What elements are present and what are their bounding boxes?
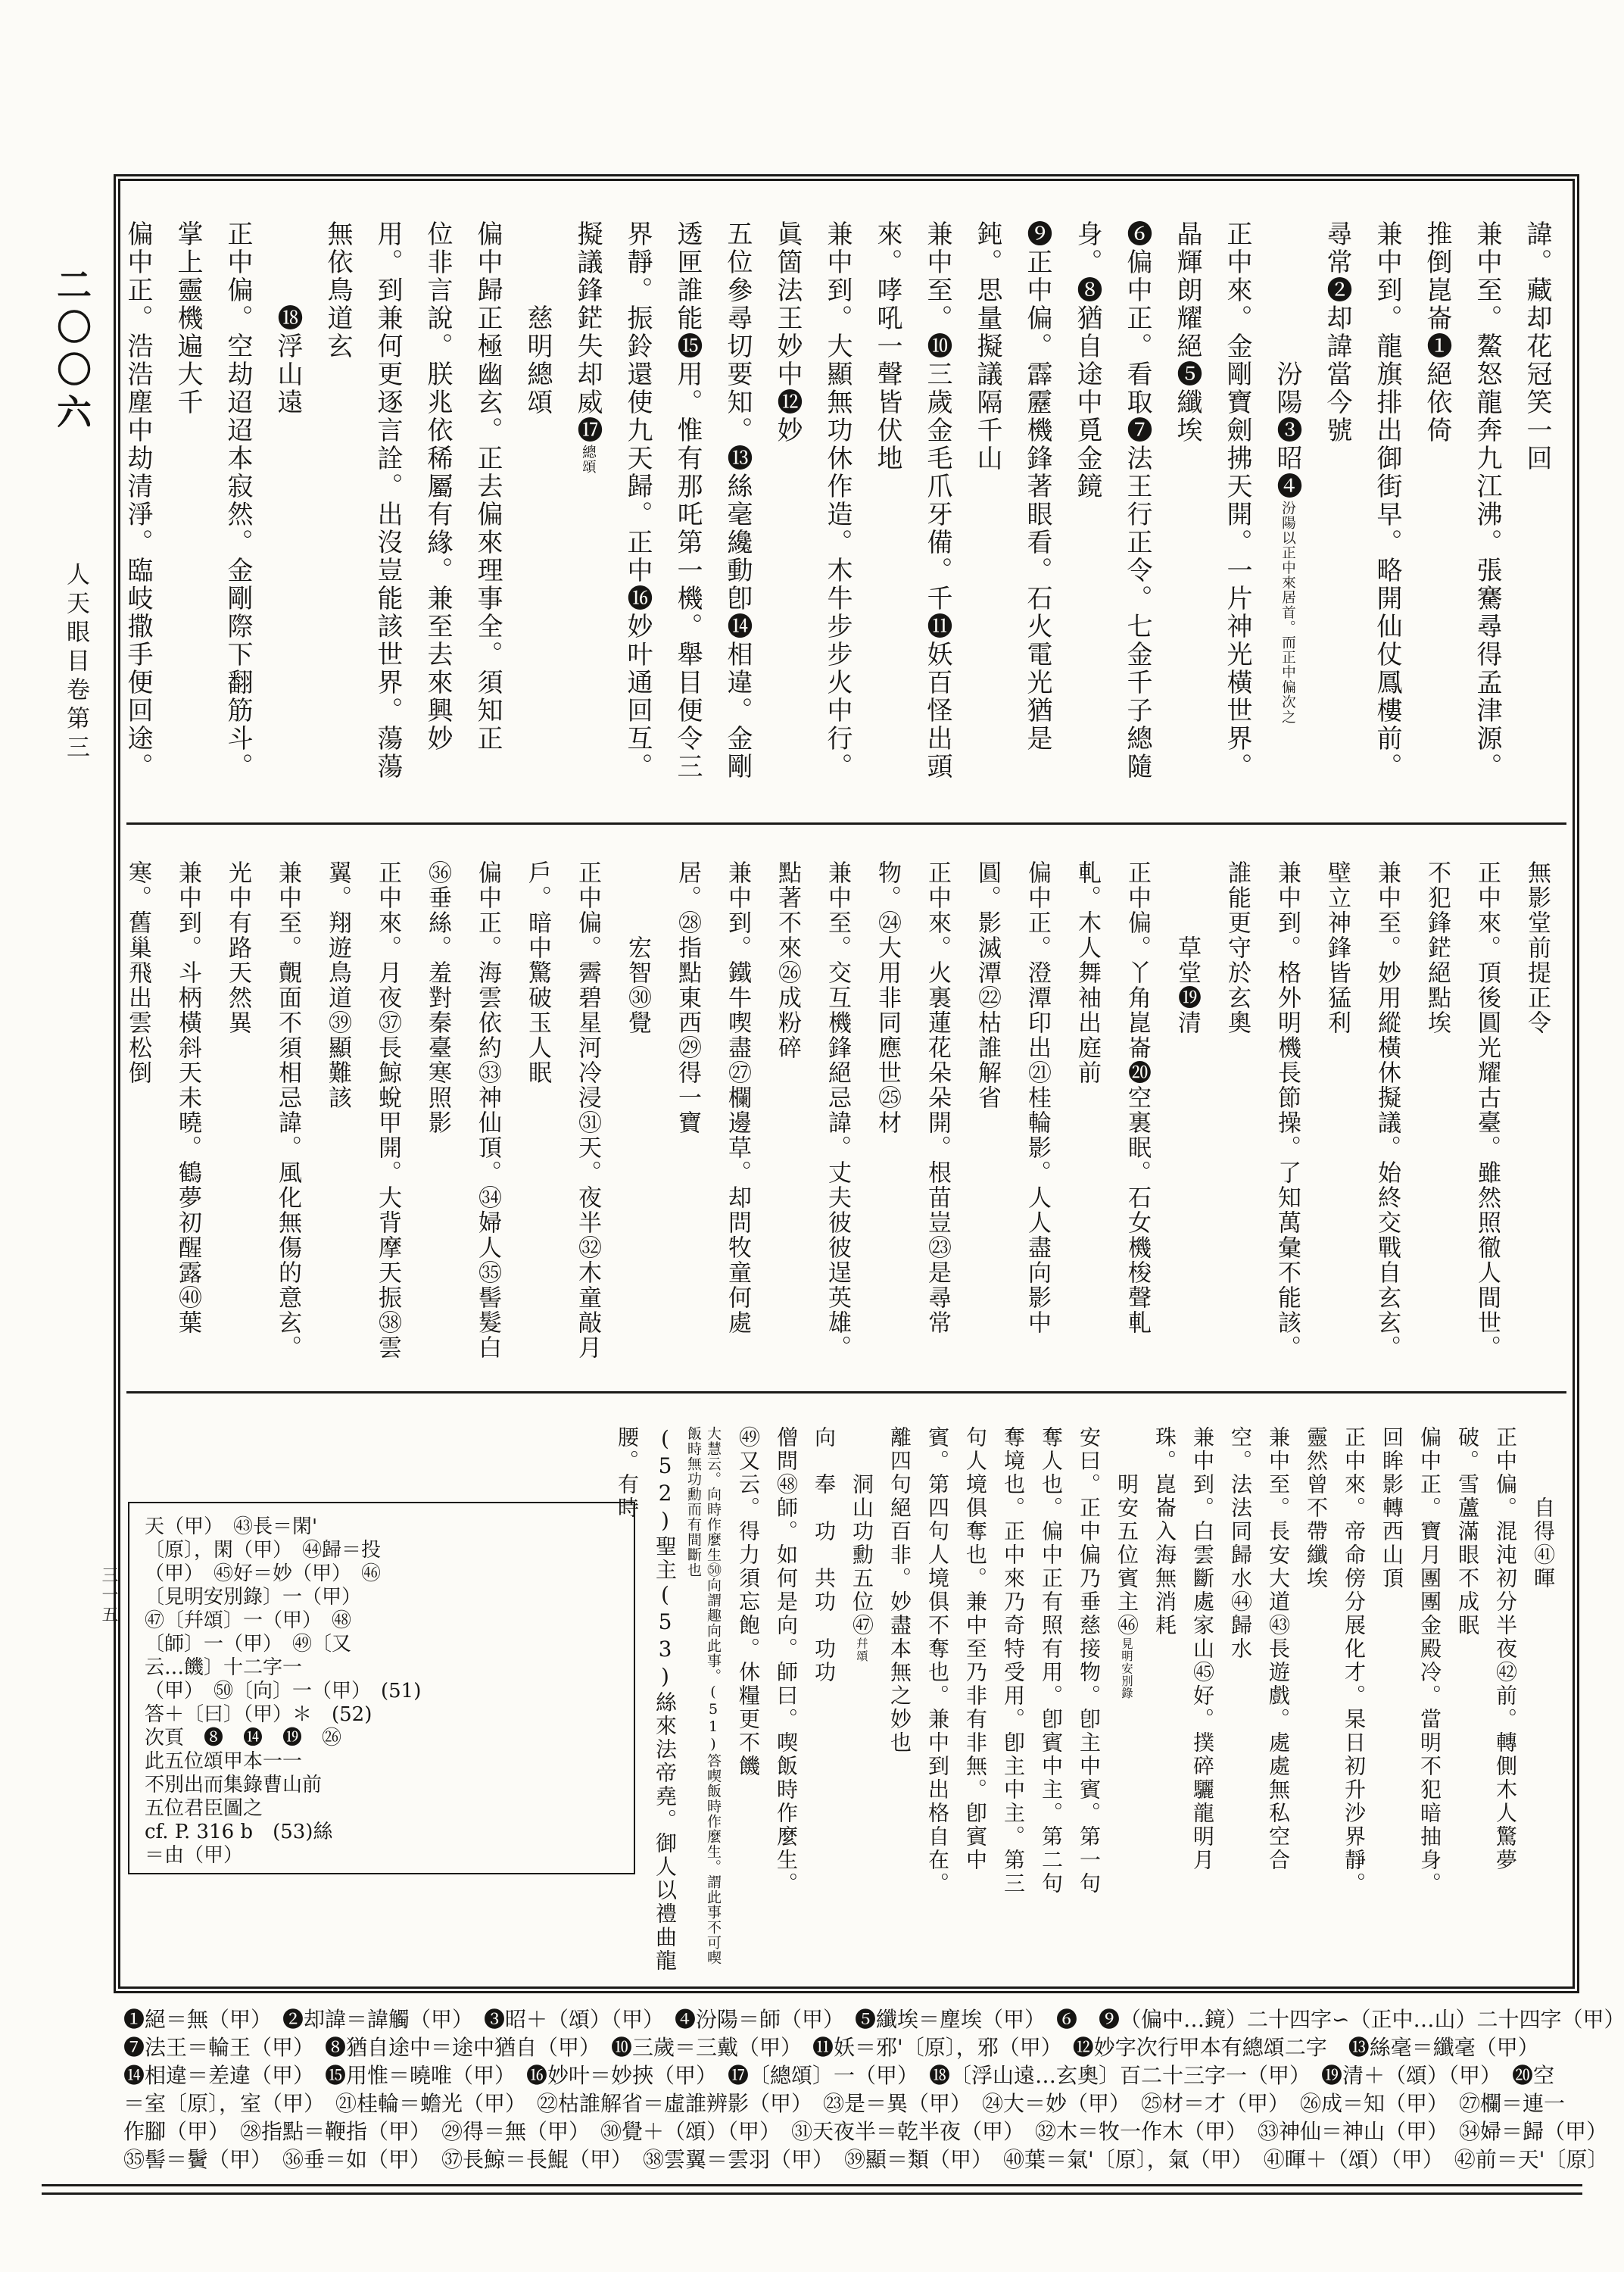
column-text: 洞山功勳五位㊼ — [849, 1426, 874, 1637]
text-column: 無依鳥道玄 — [313, 220, 363, 812]
column-text: 奪境也。正中來乃奇特受用。卽主中主。第三 — [1001, 1426, 1026, 1896]
column-text: 向 奉 功 共功 功功 — [812, 1426, 837, 1684]
column-text: 尋常❷却諱當今號 — [1322, 220, 1352, 445]
column-text: 正中偏。空劫迢迢本寂然。金剛際下翻筋斗。 — [223, 220, 253, 781]
column-text: 偏中正。浩浩塵中劫清淨。臨岐撒手便回途。 — [126, 220, 153, 781]
column-text: 大慧云。向時作麼生㊿向謂趣向此事。(51)答喫飯時作麼生。謂此事不可喫飯時無功勳… — [685, 1426, 722, 1965]
column-text: 兼中至。鰲怒龍奔九江沸。張騫尋得孟津源。 — [1472, 220, 1502, 781]
text-column: ❾正中偏。霹靂機鋒著眼看。石火電光猶是 — [1012, 220, 1062, 812]
column-text: 用。到兼何更逐言詮。出沒豈能該世界。蕩蕩 — [372, 220, 403, 781]
column-text: 正中來。月夜㊲長鯨蛻甲開。大背摩天振㊳雲 — [374, 860, 401, 1360]
text-column: 正中偏。空劫迢迢本寂然。金剛際下翻筋斗。 — [213, 220, 263, 812]
text-column: 居。㉘指點東西㉙得一寶 — [662, 860, 712, 1382]
text-column: 正中來。火裏蓮花朵朵開。根苗豈㉓是尋常 — [912, 860, 962, 1382]
text-column: 正中來。月夜㊲長鯨蛻甲開。大背摩天振㊳雲 — [363, 860, 413, 1382]
apparatus-row: 〔師〕一（甲） ㊾〔又 — [145, 1633, 619, 1656]
column-text: 偏中歸正極幽玄。正去偏來理事全。須知正 — [472, 220, 503, 753]
text-column: 尋常❷却諱當今號 — [1312, 220, 1362, 812]
text-column: 透匣誰能⓯用。惟有那吒第一機。舉目便令三 — [662, 220, 712, 812]
text-column: 偏中歸正極幽玄。正去偏來理事全。須知正 — [463, 220, 513, 812]
column-text: 珠。崑崙入海無消耗 — [1152, 1426, 1177, 1637]
text-column: 靈然曾不帶纖埃 — [1297, 1426, 1335, 1977]
text-column: 兼中至。交互機鋒絕忌諱。丈夫彼彼逞英雄。 — [812, 860, 862, 1382]
column-inline-note: 幷頌 — [855, 1637, 868, 1662]
apparatus-row: 云…饑〕十二字一 — [145, 1656, 619, 1680]
text-column: 推倒崑崙❶絕依倚 — [1412, 220, 1462, 812]
apparatus-row: ❼法王＝輪王（甲） ❽猶自途中＝途中猶自（甲） ❿三歲＝三戴（甲） ⓫妖＝邪'〔… — [123, 2033, 1581, 2061]
column-text: 物。㉔大用非同應世㉕材 — [874, 860, 901, 1135]
column-text: 兼中至。妙用縱橫休擬議。始終交戰自玄玄。 — [1373, 860, 1401, 1360]
column-text: 鈍。思量擬議隔千山 — [972, 220, 1002, 473]
column-text: 偏中正。海雲依約㉝神仙頂。㉞婦人㉟髻髮白 — [474, 860, 501, 1360]
text-column: 無影堂前提正令 — [1512, 860, 1562, 1382]
column-text: 擬議鋒鋩失却威⓱ — [572, 220, 603, 445]
text-column: 兼中至。鰲怒龍奔九江沸。張騫尋得孟津源。 — [1462, 220, 1512, 812]
scanned-page: 二〇〇六 人天眼目卷第三 三一五 諱。藏却花冠笑一回兼中至。鰲怒龍奔九江沸。張騫… — [0, 0, 1624, 2272]
column-text: 光中有路天然異 — [224, 860, 251, 1035]
text-column: 軋。木人舞袖出庭前 — [1062, 860, 1112, 1382]
apparatus-row: ❶絕＝無（甲） ❷却諱＝諱觸（甲） ❸昭＋（頌）（甲） ❹汾陽＝師（甲） ❺纖埃… — [123, 2005, 1581, 2033]
volume-title: 人天眼目卷第三 — [59, 562, 93, 763]
text-column: 偏中正。澄潭印出㉑桂輪影。人人盡向影中 — [1012, 860, 1062, 1382]
text-column: 離四句絕百非。妙盡本無之妙也 — [881, 1426, 918, 1977]
text-column: 洞山功勳五位㊼幷頌 — [843, 1426, 881, 1977]
text-column: 點著不來㉖成粉碎 — [762, 860, 812, 1382]
column-text: 誰能更守於玄奧 — [1223, 860, 1251, 1035]
column-text: 靈然曾不帶纖埃 — [1304, 1426, 1329, 1590]
text-column: 僧問㊽師。如何是向。師曰。喫飯時作麼生。 — [767, 1426, 805, 1977]
variant-note-box: 天（甲） ㊸長＝閑'〔原〕，閑（甲） ㊹歸＝投（甲） ㊺好＝妙（甲） ㊻〔見明安… — [128, 1502, 635, 1874]
column-text: ㊱垂絲。羞對秦臺寒照影 — [424, 860, 451, 1135]
column-text: 安曰。正中偏乃垂慈接物。卽主中賓。第一句 — [1077, 1426, 1102, 1896]
column-text: 僧問㊽師。如何是向。師曰。喫飯時作麼生。 — [774, 1426, 799, 1896]
apparatus-row: ㊼〔幷頌〕一（甲） ㊽ — [145, 1609, 619, 1633]
column-text: 破。雪蘆滿眼不成眠 — [1455, 1426, 1480, 1637]
text-column: 壁立神鋒皆猛利 — [1312, 860, 1362, 1382]
text-column: 鈍。思量擬議隔千山 — [962, 220, 1012, 812]
text-column: 兼中至。長安大道㊸長遊戲。處處無私空合 — [1259, 1426, 1297, 1977]
apparatus-row: 〔見明安別錄〕一（甲） — [145, 1586, 619, 1609]
taisho-page-number: 二〇〇六 — [47, 267, 97, 436]
bottom-rule — [42, 2184, 1582, 2195]
column-text: 明安五位賓主㊻ — [1114, 1426, 1139, 1637]
text-column: 五位參尋切要知。⓭絲毫纔動卽⓮相違。金剛 — [712, 220, 762, 812]
column-text: 回眸影轉西山頂 — [1379, 1426, 1404, 1590]
text-column: 兼中到。斗柄橫斜天未曉。鶴夢初醒露㊵葉 — [163, 860, 213, 1382]
text-column: ㊱垂絲。羞對秦臺寒照影 — [413, 860, 463, 1382]
text-column: 兼中至。妙用縱橫休擬議。始終交戰自玄玄。 — [1362, 860, 1412, 1382]
column-text: 兼中至。❿三歲金毛爪牙備。千⓫妖百怪出頭 — [922, 220, 952, 781]
column-text: 身。❽猶自途中覓金鏡 — [1072, 220, 1102, 501]
verse-band-2: 無影堂前提正令正中來。頂後圓光耀古臺。雖然照徹人間世。不犯鋒鋩絕點埃兼中至。妙用… — [126, 827, 1566, 1393]
column-text: 壁立神鋒皆猛利 — [1323, 860, 1351, 1035]
column-inline-note: 汾陽以正中來居首。而正中偏次之 — [1280, 501, 1295, 725]
column-text: 諱。藏却花冠笑一回 — [1522, 220, 1552, 473]
column-text: ㊾又云。得力須忘飽。休糧更不饑 — [736, 1426, 761, 1778]
apparatus-row: 此五位頌甲本一一 — [145, 1750, 619, 1774]
apparatus-row: 作腳（甲） ㉘指點＝鞭指（甲） ㉙得＝無（甲） ㉚覺＋（頌）（甲） ㉛天夜半＝乾… — [123, 2118, 1581, 2146]
column-text: 兼中至。覿面不須相忌諱。風化無傷的意玄。 — [274, 860, 301, 1360]
column-text: 空。法法同歸水㊹歸水 — [1228, 1426, 1253, 1661]
text-column: ⓲浮山遠 — [263, 220, 313, 812]
column-text: ⓲浮山遠 — [273, 220, 303, 417]
column-text: 正中來。帝命傍分展化才。杲日初升沙界靜。 — [1342, 1426, 1367, 1896]
column-text: 無依鳥道玄 — [323, 220, 353, 360]
column-text: 圓。影滅潭㉒枯誰解省 — [974, 860, 1001, 1110]
column-text: 晶輝朗耀絕❺纖埃 — [1172, 220, 1202, 445]
text-column: ㊾又云。得力須忘飽。休糧更不饑 — [729, 1426, 767, 1977]
apparatus-row: ＝由（甲） — [145, 1844, 619, 1868]
text-column: 界靜。振鈴還使九天歸。正中⓰妙叶通回互。 — [613, 220, 662, 812]
column-text: 透匣誰能⓯用。惟有那吒第一機。舉目便令三 — [672, 220, 703, 781]
text-column: 兼中到。大顯無功休作造。木牛步步火中行。 — [812, 220, 862, 812]
critical-apparatus: ❶絕＝無（甲） ❷却諱＝諱觸（甲） ❸昭＋（頌）（甲） ❹汾陽＝師（甲） ❺纖埃… — [123, 2005, 1581, 2174]
apparatus-row: cf. P. 316 b (53)絲 — [145, 1821, 619, 1844]
text-column: 正中偏。霽碧星河冷浸㉛天。夜半㉜木童敲月 — [563, 860, 613, 1382]
text-column: 正中來。金剛寶劍拂天開。一片神光橫世界。 — [1212, 220, 1262, 812]
text-column: 珠。崑崙入海無消耗 — [1146, 1426, 1183, 1977]
column-text: 正中來。頂後圓光耀古臺。雖然照徹人間世。 — [1473, 860, 1501, 1360]
column-text: ❾正中偏。霹靂機鋒著眼看。石火電光猶是 — [1022, 220, 1052, 753]
text-column: 戶。暗中驚破玉人眠 — [513, 860, 563, 1382]
column-text: 正中偏。混沌初分半夜㊷前。轉側木人驚夢 — [1493, 1426, 1518, 1872]
apparatus-row: 答＋〔曰〕（甲）＊ (52) — [145, 1703, 619, 1727]
text-column: 位非言說。朕兆依稀屬有緣。兼至去來興妙 — [413, 220, 463, 812]
text-column: 向 奉 功 共功 功功 — [805, 1426, 843, 1977]
column-text: 汾陽❸昭❹ — [1272, 220, 1302, 501]
column-text: ❻偏中正。看取❼法王行正令。七金千子總隨 — [1122, 220, 1152, 781]
column-text: 正中來。金剛寶劍拂天開。一片神光橫世界。 — [1222, 220, 1252, 781]
text-column: 身。❽猶自途中覓金鏡 — [1062, 220, 1112, 812]
column-inline-note: 總頌 — [580, 445, 596, 474]
column-text: 慈明總頌 — [522, 220, 553, 417]
apparatus-row: 〔原〕，閑（甲） ㊹歸＝投 — [145, 1539, 619, 1562]
text-column: 明安五位賓主㊻見明安別錄 — [1108, 1426, 1146, 1977]
apparatus-row: ＝室〔原〕，室（甲） ㉑桂輪＝蟾光（甲） ㉒枯誰解省＝虛誰辨影（甲） ㉓是＝異（… — [123, 2089, 1581, 2118]
text-column: 偏中正。寶月團團金殿冷。當明不犯暗抽身。 — [1410, 1426, 1448, 1977]
text-column: 奪人也。偏中正有照有用。卽賓中主。第二句 — [1032, 1426, 1070, 1977]
column-text: 軋。木人舞袖出庭前 — [1074, 860, 1101, 1085]
column-text: 正中偏。丫角崑崙⓴空裏眠。石女機梭聲軋 — [1124, 860, 1151, 1335]
text-column: 光中有路天然異 — [213, 860, 263, 1382]
text-column: 句人境俱奪也。兼中至乃非有非無。卽賓中 — [956, 1426, 994, 1977]
text-column: 正中偏。丫角崑崙⓴空裏眠。石女機梭聲軋 — [1112, 860, 1162, 1382]
column-text: 寒。舊巢飛出雲松倒 — [126, 860, 151, 1085]
column-text: 偏中正。澄潭印出㉑桂輪影。人人盡向影中 — [1024, 860, 1051, 1335]
column-text: 奪人也。偏中正有照有用。卽賓中主。第二句 — [1039, 1426, 1064, 1896]
column-text: 無影堂前提正令 — [1523, 860, 1551, 1035]
column-text: 正中來。火裏蓮花朵朵開。根苗豈㉓是尋常 — [924, 860, 951, 1335]
text-column: 物。㉔大用非同應世㉕材 — [862, 860, 912, 1382]
column-text: 不犯鋒鋩絕點埃 — [1423, 860, 1451, 1035]
column-text: 兼中到。白雲斷處家山㊺好。撲碎驪龍明月 — [1190, 1426, 1215, 1872]
column-text: 自得㊶暉 — [1531, 1426, 1556, 1590]
text-column: 寒。舊巢飛出雲松倒 — [126, 860, 163, 1382]
column-text: 戶。暗中驚破玉人眠 — [524, 860, 551, 1085]
column-text: 兼中到。龍旗排出御街早。略開仙仗鳳樓前。 — [1372, 220, 1402, 781]
column-text: 點著不來㉖成粉碎 — [774, 860, 801, 1060]
column-text: 宏智㉚覺 — [624, 860, 651, 1035]
column-inline-note: 見明安別錄 — [1120, 1637, 1133, 1699]
column-text: 兼中至。長安大道㊸長遊戲。處處無私空合 — [1266, 1426, 1291, 1872]
text-column: 回眸影轉西山頂 — [1373, 1426, 1410, 1977]
text-column: 偏中正。浩浩塵中劫清淨。臨岐撒手便回途。 — [126, 220, 163, 812]
apparatus-row: 天（甲） ㊸長＝閑' — [145, 1515, 619, 1539]
column-text: 界靜。振鈴還使九天歸。正中⓰妙叶通回互。 — [622, 220, 653, 781]
text-column: 用。到兼何更逐言詮。出沒豈能該世界。蕩蕩 — [363, 220, 413, 812]
text-column: 慈明總頌 — [513, 220, 563, 812]
apparatus-row: ⓮相違＝差違（甲） ⓯用惟＝曉唯（甲） ⓰妙叶＝妙挾（甲） ⓱〔總頌〕一（甲） … — [123, 2061, 1581, 2089]
column-text: 兼中到。大顯無功休作造。木牛步步火中行。 — [822, 220, 853, 781]
page-frame: 諱。藏却花冠笑一回兼中至。鰲怒龍奔九江沸。張騫尋得孟津源。推倒崑崙❶絕依倚兼中到… — [114, 174, 1579, 1993]
text-column: 正中偏。混沌初分半夜㊷前。轉側木人驚夢 — [1486, 1426, 1524, 1977]
text-column: ❻偏中正。看取❼法王行正令。七金千子總隨 — [1112, 220, 1162, 812]
text-column: 諱。藏却花冠笑一回 — [1512, 220, 1562, 812]
text-column: 大慧云。向時作麼生㊿向謂趣向此事。(51)答喫飯時作麼生。謂此事不可喫飯時無功勳… — [684, 1426, 729, 1977]
column-text: 句人境俱奪也。兼中至乃非有非無。卽賓中 — [963, 1426, 988, 1872]
text-column: 偏中正。海雲依約㉝神仙頂。㉞婦人㉟髻髮白 — [463, 860, 513, 1382]
text-column: 兼中到。白雲斷處家山㊺好。撲碎驪龍明月 — [1183, 1426, 1221, 1977]
column-text: 離四句絕百非。妙盡本無之妙也 — [887, 1426, 912, 1755]
column-text: 賓。第四句人境俱不奪也。兼中到出格自在。 — [925, 1426, 950, 1896]
column-text: 兼中到。斗柄橫斜天未曉。鶴夢初醒露㊵葉 — [174, 860, 201, 1335]
text-column: 不犯鋒鋩絕點埃 — [1412, 860, 1462, 1382]
column-text: 偏中正。寶月團團金殿冷。當明不犯暗抽身。 — [1417, 1426, 1442, 1896]
column-text: 翼。翔遊鳥道㊴顯難該 — [324, 860, 351, 1110]
text-column: 來。哮吼一聲皆伏地 — [862, 220, 912, 812]
apparatus-row: 次頁 ❽ ⓮ ⓳ ㉖ — [145, 1727, 619, 1750]
column-text: 居。㉘指點東西㉙得一寶 — [674, 860, 701, 1135]
apparatus-row: 五位君臣圖之 — [145, 1797, 619, 1821]
text-column: 兼中到。鐵牛喫盡㉗欄邊草。却問牧童何處 — [712, 860, 762, 1382]
text-column: 正中來。頂後圓光耀古臺。雖然照徹人間世。 — [1462, 860, 1512, 1382]
text-column: 草堂⓳清 — [1162, 860, 1212, 1382]
text-column: 翼。翔遊鳥道㊴顯難該 — [313, 860, 363, 1382]
text-column: 掌上靈機遍大千 — [163, 220, 213, 812]
text-column: 兼中至。覿面不須相忌諱。風化無傷的意玄。 — [263, 860, 313, 1382]
text-column: 圓。影滅潭㉒枯誰解省 — [962, 860, 1012, 1382]
column-text: 正中偏。霽碧星河冷浸㉛天。夜半㉜木童敲月 — [574, 860, 601, 1360]
column-text: 推倒崑崙❶絕依倚 — [1422, 220, 1452, 445]
verse-band-1: 諱。藏却花冠笑一回兼中至。鰲怒龍奔九江沸。張騫尋得孟津源。推倒崑崙❶絕依倚兼中到… — [126, 181, 1566, 825]
column-text: 位非言說。朕兆依稀屬有緣。兼至去來興妙 — [422, 220, 453, 753]
apparatus-row: （甲） ㊺好＝妙（甲） ㊻ — [145, 1562, 619, 1586]
text-column: 擬議鋒鋩失却威⓱總頌 — [563, 220, 613, 812]
text-column: 兼中到。龍旗排出御街早。略開仙仗鳳樓前。 — [1362, 220, 1412, 812]
text-column: 安曰。正中偏乃垂慈接物。卽主中賓。第一句 — [1070, 1426, 1108, 1977]
text-column: 兼中至。❿三歲金毛爪牙備。千⓫妖百怪出頭 — [912, 220, 962, 812]
column-text: 掌上靈機遍大千 — [173, 220, 203, 417]
text-column: 正中來。帝命傍分展化才。杲日初升沙界靜。 — [1335, 1426, 1373, 1977]
column-text: 眞箇法王妙中⓬妙 — [772, 220, 803, 445]
column-text: 五位參尋切要知。⓭絲毫纔動卽⓮相違。金剛 — [722, 220, 753, 781]
text-column: 宏智㉚覺 — [613, 860, 662, 1382]
apparatus-row: （甲） ㊿〔向〕一（甲） (51) — [145, 1680, 619, 1703]
text-column: 兼中到。格外明機長節操。了知萬彙不能該。 — [1262, 860, 1312, 1382]
column-text: 兼中到。鐵牛喫盡㉗欄邊草。却問牧童何處 — [724, 860, 751, 1335]
text-column: 空。法法同歸水㊹歸水 — [1221, 1426, 1259, 1977]
apparatus-row: 不別出而集錄曹山前 — [145, 1774, 619, 1797]
text-column: 誰能更守於玄奧 — [1212, 860, 1262, 1382]
apparatus-row: ㉟髻＝鬢（甲） ㊱垂＝如（甲） ㊲長鯨＝長鯤（甲） ㊳雲翼＝雲羽（甲） ㊴顯＝類… — [123, 2146, 1581, 2174]
column-text: 兼中到。格外明機長節操。了知萬彙不能該。 — [1273, 860, 1301, 1360]
column-text: 草堂⓳清 — [1174, 860, 1201, 1035]
text-column: 自得㊶暉 — [1524, 1426, 1562, 1977]
text-column: 晶輝朗耀絕❺纖埃 — [1162, 220, 1212, 812]
column-text: 來。哮吼一聲皆伏地 — [872, 220, 902, 473]
text-column: 賓。第四句人境俱不奪也。兼中到出格自在。 — [918, 1426, 956, 1977]
text-column: 汾陽❸昭❹汾陽以正中來居首。而正中偏次之 — [1262, 220, 1312, 812]
column-text: 兼中至。交互機鋒絕忌諱。丈夫彼彼逞英雄。 — [824, 860, 851, 1360]
text-column: 破。雪蘆滿眼不成眠 — [1448, 1426, 1486, 1977]
text-column: 眞箇法王妙中⓬妙 — [762, 220, 812, 812]
text-column: 奪境也。正中來乃奇特受用。卽主中主。第三 — [994, 1426, 1032, 1977]
